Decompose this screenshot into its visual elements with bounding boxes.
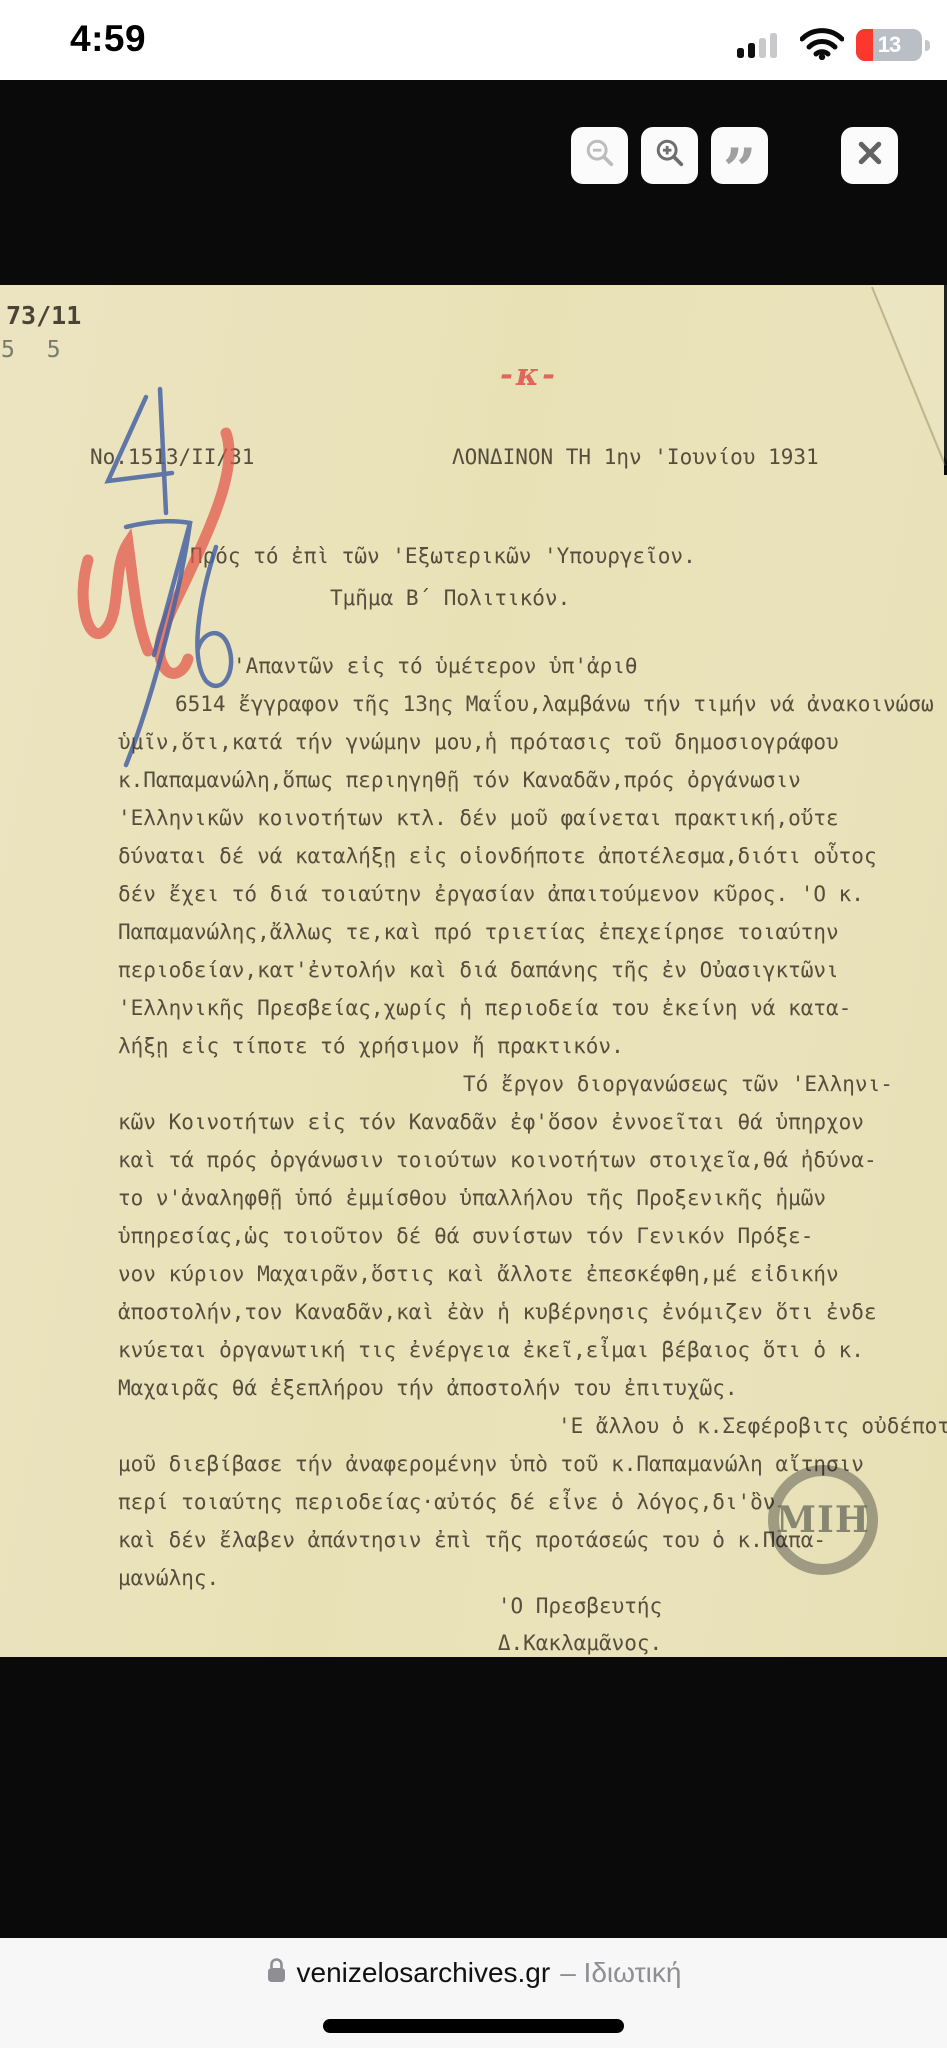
document-line: καὶ τά πρός ὀργάνωσιν τοιούτων κοινοτήτω… — [118, 1141, 933, 1179]
document-scan[interactable]: 73/11 5 5 -κ- No.1513/II/31 ΛΟΝΔΙΝΟΝ ΤΗ … — [0, 285, 947, 1657]
cellular-signal-icon — [737, 32, 777, 58]
document-line: Τό ἔργον διοργανώσεως τῶν 'Ελληνι- — [463, 1065, 933, 1103]
screen: 4:59 13 — [0, 0, 947, 2048]
zoom-out-button[interactable] — [571, 127, 628, 184]
document-line: 'Ελληνικῆς Πρεσβείας,χωρίς ἡ περιοδεία τ… — [118, 989, 933, 1027]
close-icon — [855, 138, 885, 173]
document-line: ὑπηρεσίας,ὡς τοιοῦτον δέ θά συνίστων τόν… — [118, 1217, 933, 1255]
dateline: ΛΟΝΔΙΝΟΝ ΤΗ 1ην 'Ιουνίου 1931 — [452, 445, 819, 469]
document-line: 'Απαντῶν εἰς τό ὑμέτερον ὑπ'ἀριθ — [233, 647, 933, 685]
private-browsing-label: – Ιδιωτική — [560, 1957, 681, 1989]
zoom-in-icon — [653, 136, 687, 175]
battery-nub — [925, 40, 930, 51]
wifi-icon — [800, 28, 844, 65]
document-line: το ν'ἀναληφθῇ ὑπό ἐμμίσθου ὑπαλλήλου τῆς… — [118, 1179, 933, 1217]
home-indicator[interactable] — [323, 2019, 624, 2033]
battery-percent: 13 — [856, 29, 922, 61]
close-button[interactable] — [841, 127, 898, 184]
site-domain: venizelosarchives.gr — [297, 1957, 551, 1989]
document-body: 'Απαντῶν εἰς τό ὑμέτερον ὑπ'ἀριθ6514 ἔγγ… — [118, 647, 933, 1597]
document-line: ὑμῖν,ὅτι,κατά τήν γνώμην μου,ἡ πρότασις … — [118, 723, 933, 761]
document-line: 6514 ἔγγραφον τῆς 13ης Μαΐου,λαμβάνω τήν… — [175, 685, 933, 723]
watermark-stamp: ΜΙΗ — [768, 1465, 878, 1575]
image-viewer-overlay: ” 73/11 5 5 -κ- No.1513/II/31 ΛΟΝΔΙΝΟΝ Τ… — [0, 80, 947, 1938]
quote-icon: ” — [723, 160, 756, 180]
document-line: λήξῃ εἰς τίποτε τό χρήσιμον ἤ πρακτικόν. — [118, 1027, 933, 1065]
document-line: 'Ελληνικῶν κοινοτήτων κτλ. δέν μοῦ φαίνε… — [118, 799, 933, 837]
address-bar[interactable]: venizelosarchives.gr – Ιδιωτική — [0, 1938, 947, 1989]
document-line: δύναται δέ νά καταλήξῃ εἰς οἱονδήποτε ἀπ… — [118, 837, 933, 875]
document-line: 'Ε ἄλλου ὁ κ.Σεφέροβιτς οὐδέποτε — [558, 1407, 933, 1445]
document-line: περιοδείαν,κατ'ἐντολήν καὶ διά δαπάνης τ… — [118, 951, 933, 989]
margin-ref-number: 73/11 — [6, 301, 81, 330]
zoom-out-icon — [583, 136, 617, 175]
recipient-line: Πρός τό ἐπὶ τῶν 'Εξωτερικῶν 'Υπουργεῖον. — [190, 544, 696, 568]
status-bar: 4:59 13 — [0, 0, 947, 80]
clock: 4:59 — [70, 18, 146, 60]
battery-icon: 13 — [856, 29, 922, 61]
document-line: νον κύριον Μαχαιρᾶν,ὅστις καὶ ἄλλοτε ἐπε… — [118, 1255, 933, 1293]
document-line: Παπαμανώλης,ἄλλως τε,καὶ πρό τριετίας ἐπ… — [118, 913, 933, 951]
document-line: ἀποστολήν,τον Καναδᾶν,καὶ ἐὰν ἡ κυβέρνησ… — [118, 1293, 933, 1331]
document-line: δέν ἔχει τό διά τοιαύτην ἐργασίαν ἀπαιτο… — [118, 875, 933, 913]
signature-block: 'Ο Πρεσβευτής Δ.Κακλαμᾶνος. — [430, 1588, 730, 1662]
zoom-in-button[interactable] — [641, 127, 698, 184]
document-line: κῶν Κοινοτήτων εἰς τόν Καναδᾶν ἐφ'ὅσον ἐ… — [118, 1103, 933, 1141]
lock-icon — [266, 1956, 287, 1989]
citation-button[interactable]: ” — [711, 127, 768, 184]
department-line: Τμῆμα Β΄ Πολιτικόν. — [330, 586, 570, 610]
watermark-letters: ΜΙΗ — [776, 1499, 870, 1541]
document-line: κνύεται ὀργανωτική τις ἐνέργεια ἐκεῖ,εἶμ… — [118, 1331, 933, 1369]
margin-ref-number-2: 5 5 — [1, 337, 70, 363]
document-line: Μαχαιρᾶς θά ἐξεπλήρου τήν ἀποστολήν του … — [118, 1369, 933, 1407]
protocol-number: No.1513/II/31 — [90, 445, 254, 469]
handwritten-red-mark: -κ- — [500, 357, 558, 393]
signature-name: Δ.Κακλαμᾶνος. — [430, 1625, 730, 1662]
document-line: κ.Παπαμανώλη,ὅπως περιηγηθῇ τόν Καναδᾶν,… — [118, 761, 933, 799]
signature-title: 'Ο Πρεσβευτής — [430, 1588, 730, 1625]
